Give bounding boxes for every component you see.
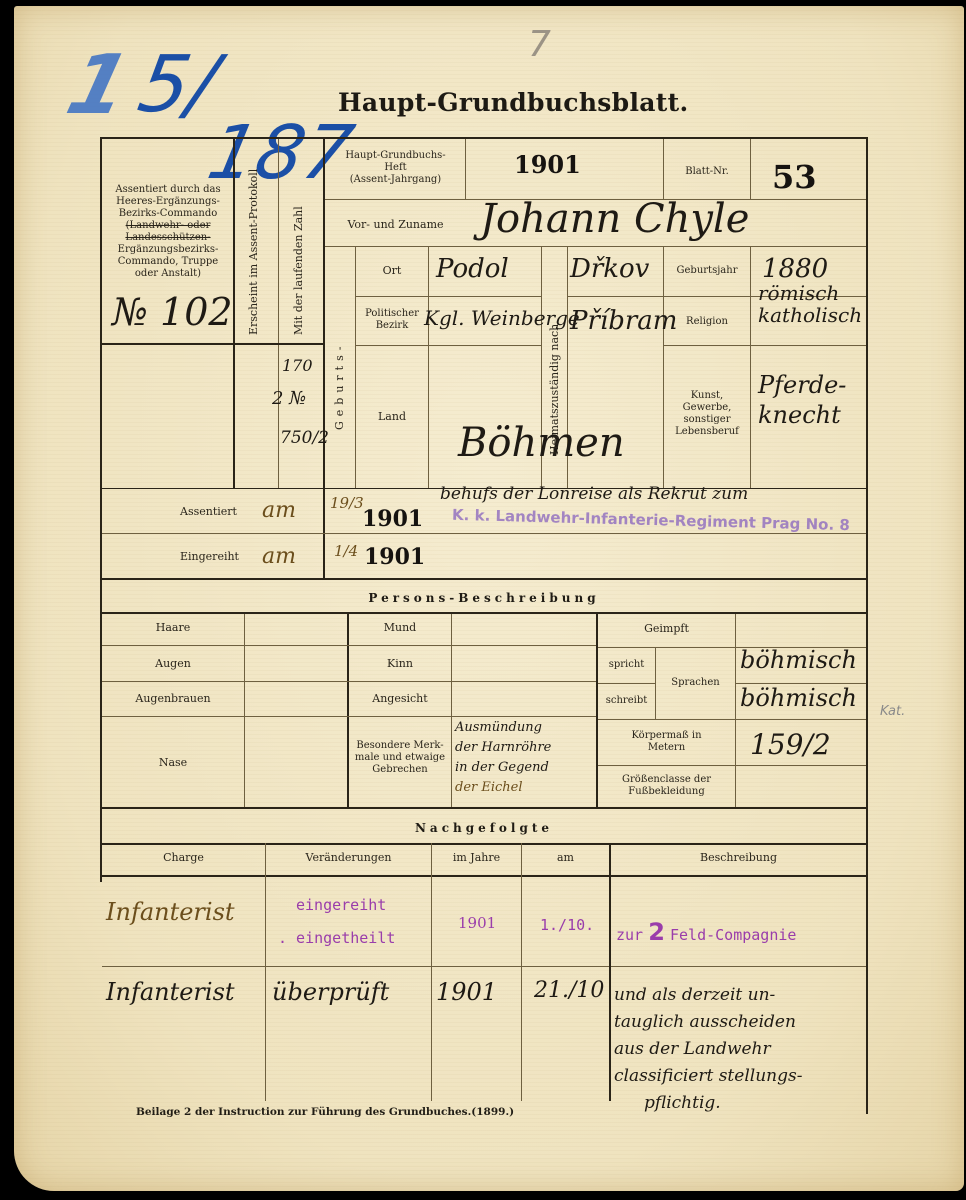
- protokoll-label: Erscheint im Assent-Protokoll: [247, 170, 260, 335]
- laufende-zahl-value-1: 170: [282, 356, 313, 375]
- label-line: Haupt-Grundbuchs-: [327, 150, 464, 162]
- divider: [355, 246, 356, 489]
- row-2-charge: Infanterist: [106, 978, 235, 1006]
- page-title: Haupt-Grundbuchsblatt.: [338, 88, 688, 117]
- kinn-label: Kinn: [349, 657, 451, 670]
- divider: [102, 966, 866, 967]
- label-line: Metern: [598, 742, 735, 754]
- row-1-am: 1./10.: [540, 916, 594, 934]
- divider: [663, 345, 866, 346]
- assentiert-date: 19/3: [330, 494, 364, 512]
- divider: [102, 681, 596, 682]
- pencil-mark: 7: [528, 24, 551, 65]
- divider: [347, 614, 349, 807]
- value-line: aus der Landwehr: [614, 1036, 802, 1063]
- value-line: römisch: [758, 282, 862, 304]
- row-1-jahr: 1901: [458, 914, 496, 932]
- merkmale-label: Besondere Merk- male und etwaige Gebrech…: [349, 740, 451, 776]
- divider: [521, 843, 522, 1101]
- divider: [102, 807, 866, 809]
- divider: [244, 614, 245, 807]
- label-line: Lebensberuf: [664, 426, 750, 438]
- value-line: in der Gegend: [455, 758, 551, 778]
- label-line: male und etwaige: [349, 752, 451, 764]
- religion-label: Religion: [664, 316, 750, 328]
- sprachen-label: Sprachen: [656, 677, 735, 689]
- assentiert-row-label: Assentiert: [180, 505, 237, 518]
- label-line: Bezirk: [356, 320, 428, 332]
- divider: [866, 812, 868, 1114]
- laufende-zahl-value-2: 2 №: [272, 388, 306, 409]
- heimat-ort: Dřkov: [570, 254, 649, 284]
- divider: [278, 139, 279, 489]
- eingereiht-date: 1/4: [334, 542, 358, 560]
- row-1-beschreibung-num: 2: [648, 918, 665, 946]
- column-header-am: am: [522, 851, 609, 864]
- religion-value: römisch katholisch: [758, 282, 862, 326]
- bezirk-label: Politischer Bezirk: [356, 308, 428, 332]
- angesicht-label: Angesicht: [349, 692, 451, 705]
- divider: [451, 614, 452, 807]
- label-line: oder Anstalt): [104, 268, 232, 280]
- schreibt-value: böhmisch: [740, 684, 857, 712]
- name-value: Johann Chyle: [480, 196, 749, 242]
- row-2-change: überprüft: [272, 978, 389, 1006]
- label-line: sonstiger: [664, 414, 750, 426]
- divider: [102, 612, 866, 614]
- land-label: Land: [356, 410, 428, 423]
- koerpermass-label: Körpermaß in Metern: [598, 730, 735, 754]
- laufende-zahl-value-3: 750/2: [280, 428, 329, 448]
- divider: [750, 139, 751, 199]
- column-header-veraenderungen: Veränderungen: [266, 851, 431, 864]
- label-line: Körpermaß in: [598, 730, 735, 742]
- mund-label: Mund: [349, 621, 451, 634]
- row-1-beschreibung-prefix: zur: [616, 926, 643, 944]
- divider: [102, 578, 866, 580]
- divider: [102, 843, 866, 845]
- label-line: (Landwehr- oder: [104, 220, 232, 232]
- divider: [325, 246, 866, 247]
- value-line: Pferde-: [758, 370, 846, 400]
- fuss-label: Größenclasse der Fußbekleidung: [598, 774, 735, 798]
- name-label: Vor- und Zuname: [327, 218, 464, 231]
- assentiert-note: behufs der Lonreise als Rekrut zum: [440, 484, 748, 504]
- augenbrauen-label: Augenbrauen: [102, 692, 244, 705]
- koerpermass-value: 159/2: [750, 728, 831, 761]
- geimpft-label: Geimpft: [598, 622, 735, 635]
- divider: [750, 246, 751, 489]
- value-line: der Harnröhre: [455, 738, 551, 758]
- frame-right: [866, 137, 868, 812]
- frame-left: [100, 137, 102, 812]
- nase-label: Nase: [102, 756, 244, 769]
- assentiert-value: № 102: [112, 290, 233, 334]
- footer-note: Beilage 2 der Instruction zur Führung de…: [136, 1106, 514, 1118]
- value-line: pflichtig.: [614, 1090, 802, 1117]
- divider: [598, 683, 655, 684]
- row-1-change-line-1: eingereiht: [296, 896, 386, 914]
- label-line: Landesschützen-: [104, 232, 232, 244]
- assentiert-label: Assentiert durch das Heeres-Ergänzungs- …: [104, 184, 232, 280]
- row-2-jahr: 1901: [436, 978, 497, 1006]
- geburtsjahr-value: 1880: [762, 254, 828, 284]
- assentiert-year: 1901: [362, 506, 423, 532]
- row-1-charge: Infanterist: [106, 898, 235, 926]
- value-line: Ausmündung: [455, 718, 551, 738]
- divider: [663, 246, 664, 489]
- divider: [265, 843, 266, 1101]
- frame-top: [100, 137, 868, 139]
- divider: [356, 296, 541, 297]
- row-1-beschreibung-suffix: Feld-Compagnie: [670, 926, 796, 944]
- divider: [102, 343, 323, 345]
- label-line: Bezirks-Commando: [104, 208, 232, 220]
- label-line: Heeres-Ergänzungs-: [104, 196, 232, 208]
- row-1-beschreibung: zur 2 Feld-Compagnie: [616, 918, 796, 946]
- label-line: Heft: [327, 162, 464, 174]
- blatt-value: 53: [772, 158, 817, 196]
- label-line: Assentiert durch das: [104, 184, 232, 196]
- land-value: Böhmen: [458, 420, 625, 466]
- schreibt-label: schreibt: [598, 695, 655, 707]
- column-header-jahr: im Jahre: [432, 851, 521, 864]
- heimat-bezirk: Příbram: [570, 306, 677, 336]
- heimat-label: Heimatszuständig nach: [548, 290, 561, 455]
- ort-label: Ort: [356, 264, 428, 277]
- eingereiht-year: 1901: [364, 544, 425, 570]
- eingereiht-am: am: [262, 544, 296, 569]
- divider: [598, 719, 866, 720]
- blue-number-part-2: 5/: [132, 40, 224, 130]
- divider: [323, 139, 325, 579]
- heft-label: Haupt-Grundbuchs- Heft (Assent-Jahrgang): [327, 150, 464, 186]
- eingereiht-row-label: Eingereiht: [180, 550, 239, 563]
- divider: [609, 843, 611, 1101]
- assentiert-am: am: [262, 498, 296, 523]
- divider: [735, 614, 736, 807]
- history-section-title: Nachgefolgte: [102, 821, 866, 835]
- label-line: Fußbekleidung: [598, 786, 735, 798]
- label-line: Politischer: [356, 308, 428, 320]
- label-line: Commando, Truppe: [104, 256, 232, 268]
- value-line: knecht: [758, 400, 846, 430]
- augen-label: Augen: [102, 657, 244, 670]
- value-line: und als derzeit un-: [614, 982, 802, 1009]
- divider: [598, 765, 866, 766]
- row-1-change-line-2: . eingetheilt: [278, 929, 395, 947]
- divider: [465, 139, 466, 199]
- blatt-label: Blatt-Nr.: [664, 166, 750, 178]
- row-2-beschreibung: und als derzeit un- tauglich ausscheiden…: [614, 982, 802, 1117]
- heft-value: 1901: [514, 150, 581, 179]
- column-header-charge: Charge: [102, 851, 265, 864]
- spricht-value: böhmisch: [740, 646, 857, 674]
- label-line: Gewerbe,: [664, 402, 750, 414]
- label-line: (Assent-Jahrgang): [327, 174, 464, 186]
- label-line: Besondere Merk-: [349, 740, 451, 752]
- laufende-zahl-label: Mit der laufenden Zahl: [292, 170, 305, 335]
- description-section-title: Persons-Beschreibung: [102, 591, 866, 605]
- divider: [428, 246, 429, 489]
- label-line: Gebrechen: [349, 764, 451, 776]
- beruf-value: Pferde- knecht: [758, 370, 846, 430]
- row-2-am: 21./10: [534, 978, 604, 1003]
- value-line: classificiert stellungs-: [614, 1063, 802, 1090]
- beruf-label: Kunst, Gewerbe, sonstiger Lebensberuf: [664, 390, 750, 438]
- haare-label: Haare: [102, 621, 244, 634]
- ort-value: Podol: [436, 254, 509, 284]
- divider: [102, 875, 866, 877]
- label-line: Ergänzungsbezirks-: [104, 244, 232, 256]
- label-line: Kunst,: [664, 390, 750, 402]
- divider: [233, 139, 235, 489]
- value-line: der Eichel: [455, 778, 551, 798]
- divider: [102, 716, 596, 717]
- margin-pencil-note: Kat.: [880, 704, 905, 719]
- merkmale-value: Ausmündung der Harnröhre in der Gegend d…: [455, 718, 551, 798]
- label-line: Größenclasse der: [598, 774, 735, 786]
- divider: [102, 645, 596, 646]
- column-header-beschreibung: Beschreibung: [611, 851, 866, 864]
- spricht-label: spricht: [598, 659, 655, 671]
- divider: [356, 345, 541, 346]
- value-line: tauglich ausscheiden: [614, 1009, 802, 1036]
- divider: [431, 843, 432, 1101]
- geburts-label: Geburts-: [333, 310, 346, 430]
- value-line: katholisch: [758, 304, 862, 326]
- divider: [102, 533, 866, 534]
- geburtsjahr-label: Geburtsjahr: [664, 265, 750, 277]
